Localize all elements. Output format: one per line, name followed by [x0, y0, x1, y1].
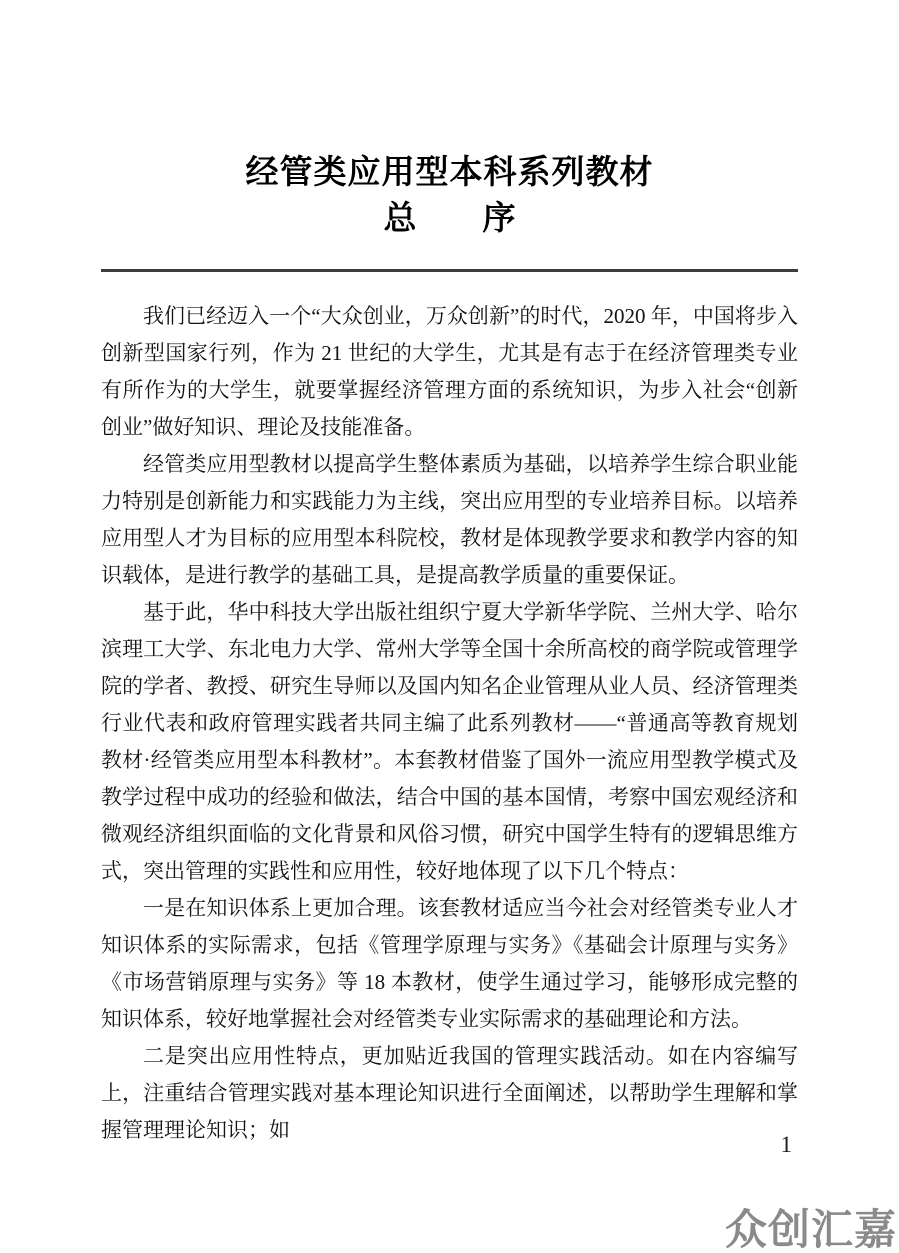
paragraph-2: 经管类应用型教材以提高学生整体素质为基础，以培养学生综合职业能力特别是创新能力和… [101, 446, 798, 594]
page-number: 1 [781, 1132, 793, 1158]
preface-body: 我们已经迈入一个“大众创业，万众创新”的时代，2020 年，中国将步入创新型国家… [101, 298, 798, 1149]
paragraph-3: 基于此，华中科技大学出版社组织宁夏大学新华学院、兰州大学、哈尔滨理工大学、东北电… [101, 594, 798, 890]
paragraph-1: 我们已经迈入一个“大众创业，万众创新”的时代，2020 年，中国将步入创新型国家… [101, 298, 798, 446]
paragraph-4: 一是在知识体系上更加合理。该套教材适应当今社会对经管类专业人才知识体系的实际需求… [101, 890, 798, 1038]
content-column: 经管类应用型本科系列教材 总 序 我们已经迈入一个“大众创业，万众创新”的时代，… [101, 0, 798, 1253]
watermark-logo: 众创汇嘉 [725, 1197, 897, 1253]
series-title: 经管类应用型本科系列教材 [101, 152, 798, 192]
paragraph-5: 二是突出应用性特点，更加贴近我国的管理实践活动。如在内容编写上，注重结合管理实践… [101, 1038, 798, 1149]
document-page: { "header": { "series_title": "经管类应用型本科系… [0, 0, 899, 1253]
title-block: 经管类应用型本科系列教材 总 序 [101, 152, 798, 238]
title-divider [101, 269, 798, 272]
preface-title: 总 序 [101, 198, 798, 238]
